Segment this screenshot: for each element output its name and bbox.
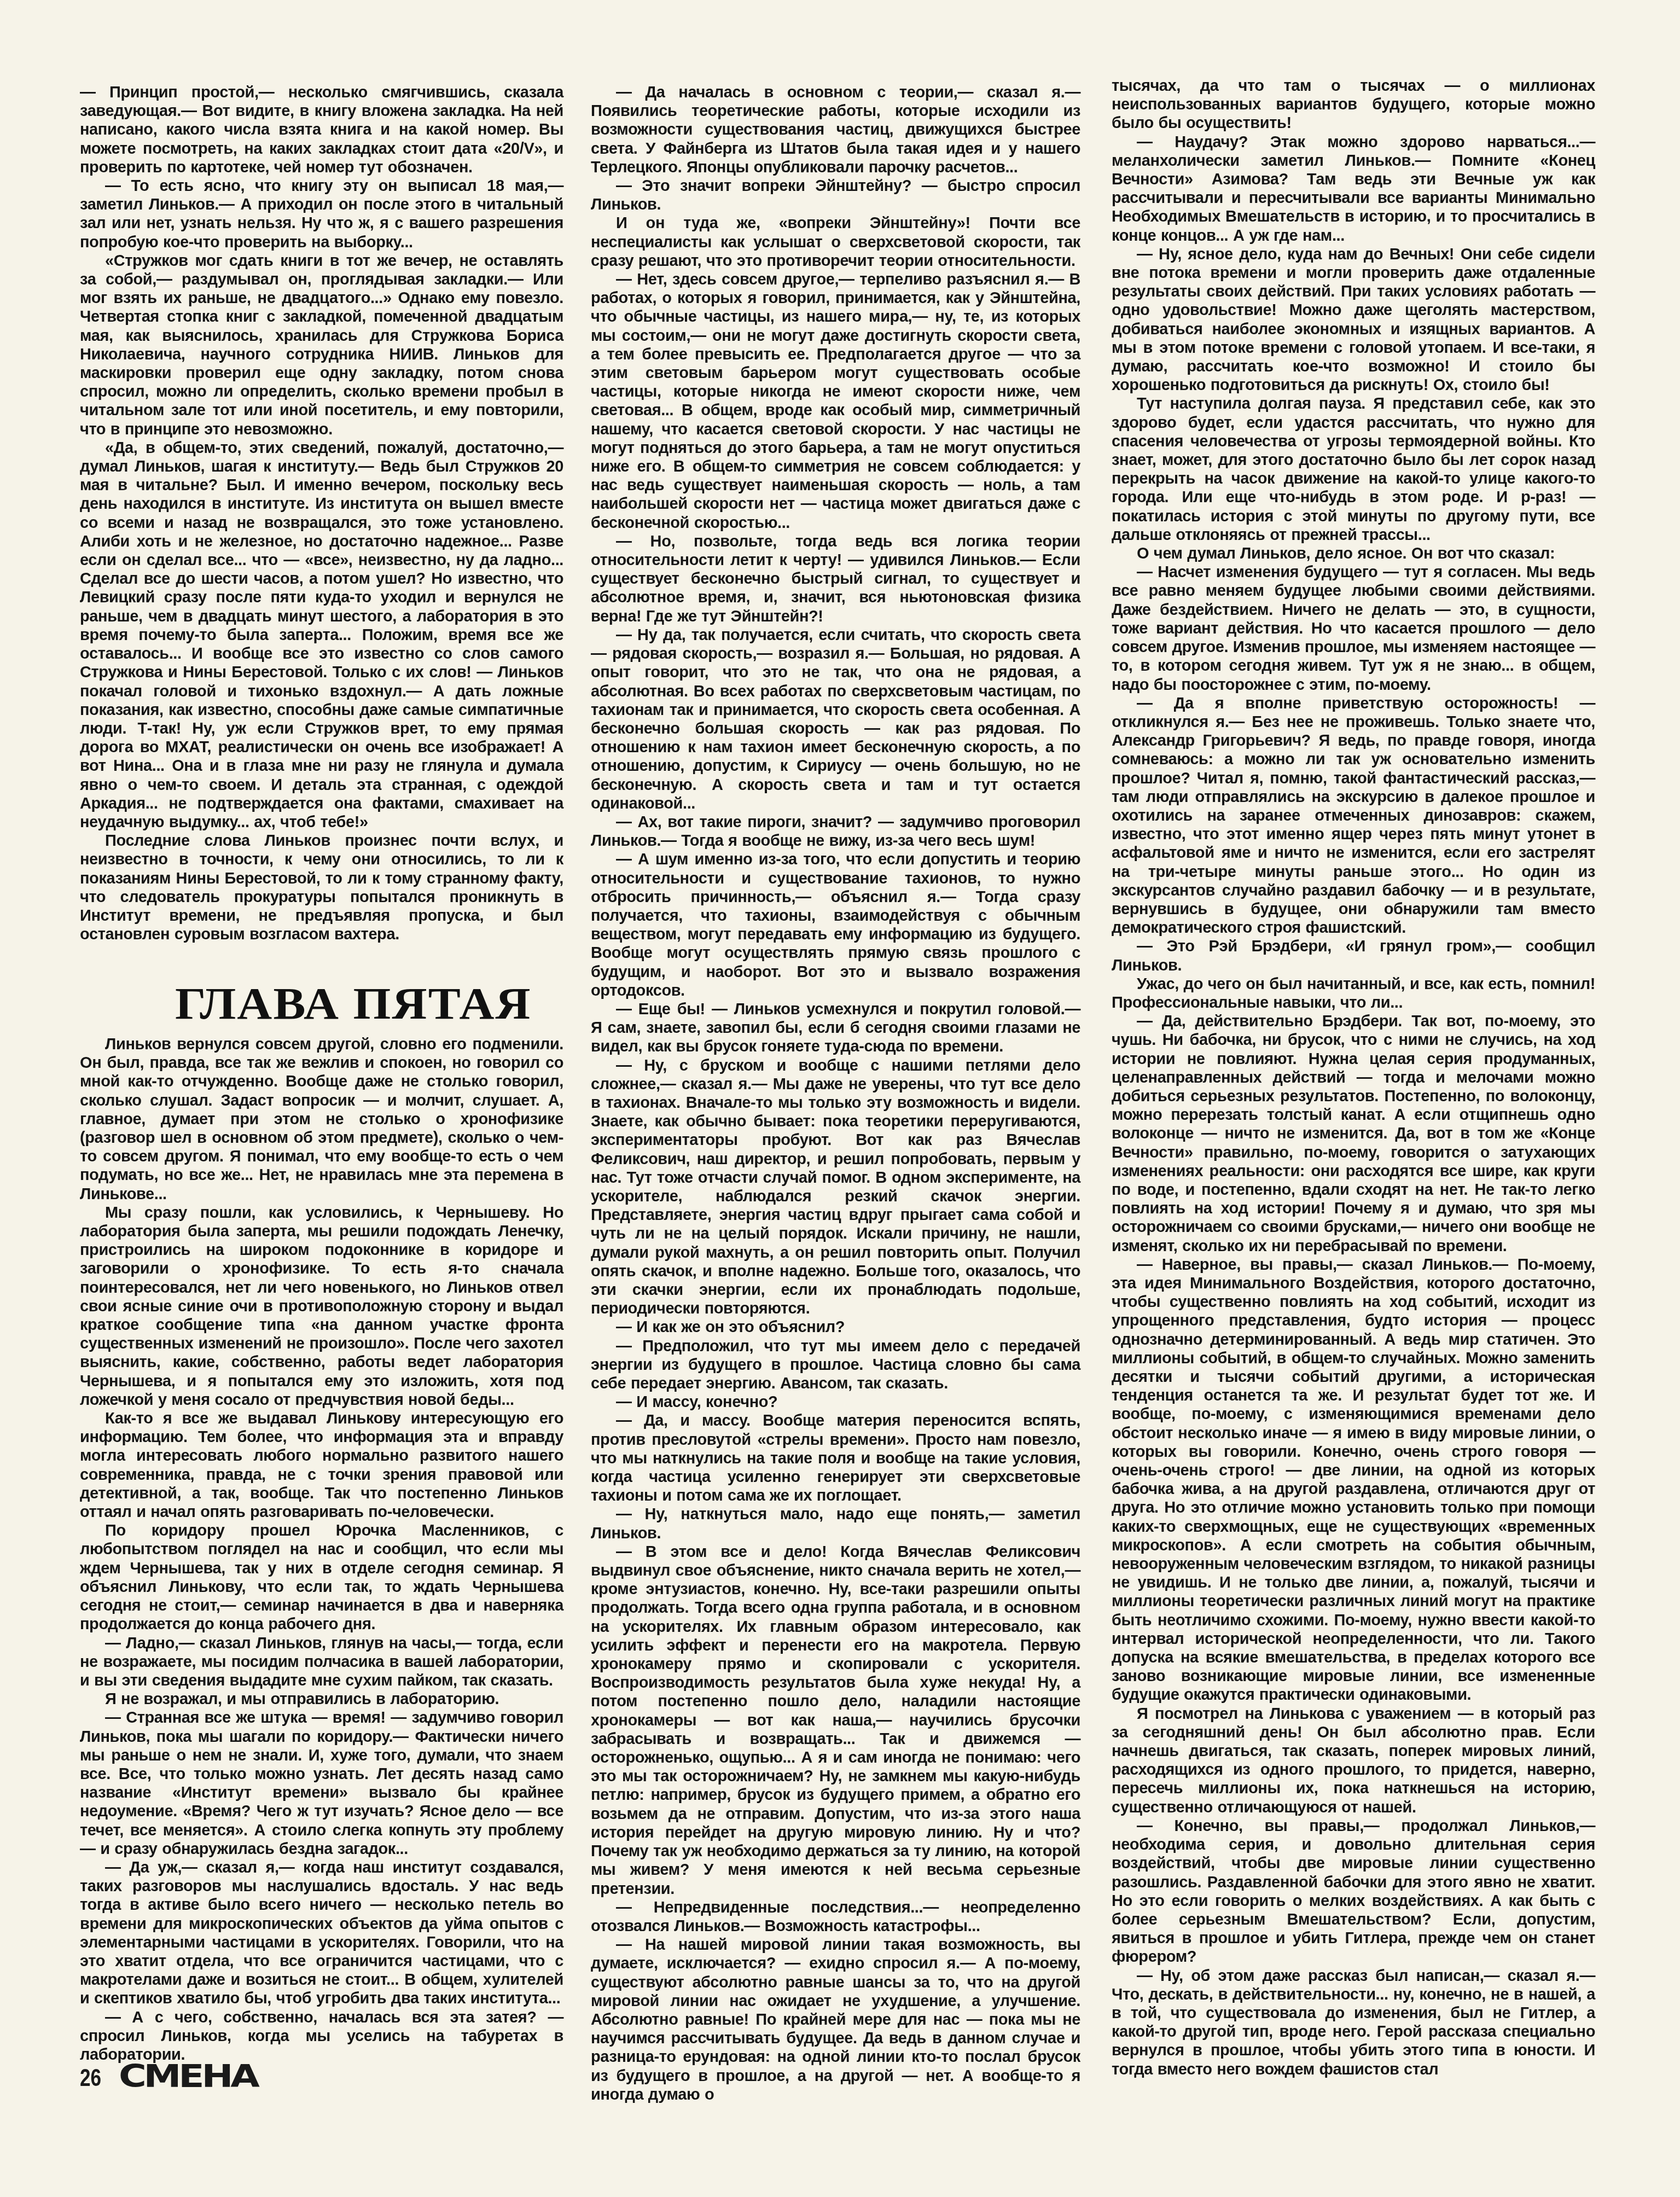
paragraph: — Наверное, вы правы,— сказал Линьков.— …	[1112, 1256, 1595, 1705]
paragraph: — И как же он это объяснил?	[591, 1318, 1080, 1336]
paragraph: — Но, позвольте, тогда ведь вся логика т…	[591, 532, 1080, 626]
paragraph: — Наудачу? Этак можно здорово нарваться.…	[1112, 133, 1595, 245]
paragraph: — Ну да, так получается, если считать, ч…	[591, 626, 1080, 813]
magazine-logo: смена	[119, 2059, 257, 2095]
paragraph: Последние слова Линьков произнес почти в…	[80, 832, 563, 944]
paragraph: — Это Рэй Брэдбери, «И грянул гром»,— со…	[1112, 937, 1595, 974]
column-2: — Да началась в основном с теории,— сказ…	[591, 83, 1080, 2031]
paragraph: — Еще бы! — Линьков усмехнулся и покрути…	[591, 1000, 1080, 1056]
paragraph: — Предположил, что тут мы имеем дело с п…	[591, 1337, 1080, 1393]
paragraph: Тут наступила долгая пауза. Я представил…	[1112, 394, 1595, 544]
paragraph: — Конечно, вы правы,— продолжал Линьков,…	[1112, 1817, 1595, 1967]
paragraph: Ужас, до чего он был начитанный, и все, …	[1112, 975, 1595, 1012]
paragraph: — На нашей мировой линии такая возможнос…	[591, 1936, 1080, 2104]
page-footer: 26 смена	[80, 2053, 250, 2095]
paragraph: «Да, в общем-то, этих сведений, пожалуй,…	[80, 439, 563, 832]
paragraph: О чем думал Линьков, дело ясное. Он вот …	[1112, 544, 1595, 563]
chapter-heading: ГЛАВА ПЯТАЯ	[175, 977, 589, 1031]
paragraph: — То есть ясно, что книгу эту он выписал…	[80, 177, 563, 252]
page-number: 26	[80, 2065, 101, 2092]
paragraph: — Это значит вопреки Эйнштейну? — быстро…	[591, 177, 1080, 214]
paragraph: — Нет, здесь совсем другое,— терпеливо р…	[591, 270, 1080, 532]
paragraph: — Да началась в основном с теории,— сказ…	[591, 83, 1080, 177]
paragraph: — Да уж,— сказал я,— когда наш институт …	[80, 1858, 563, 2008]
paragraph: — А шум именно из-за того, что если допу…	[591, 850, 1080, 1000]
column-1-bottom: Линьков вернулся совсем другой, словно е…	[80, 1035, 563, 2036]
paragraph: — Ну, ясное дело, куда нам до Вечных! Он…	[1112, 245, 1595, 395]
paragraph: — Да я вполне приветствую осторожность! …	[1112, 694, 1595, 938]
paragraph: — Ладно,— сказал Линьков, глянув на часы…	[80, 1634, 563, 1690]
paragraph: — Насчет изменения будущего — тут я согл…	[1112, 563, 1595, 694]
paragraph: — Да, действительно Брэдбери. Так вот, п…	[1112, 1012, 1595, 1256]
paragraph: — Непредвиденные последствия...— неопред…	[591, 1898, 1080, 1936]
paragraph: тысячах, да что там о тысячах — о миллио…	[1112, 77, 1595, 133]
paragraph: — Ах, вот такие пироги, значит? — задумч…	[591, 813, 1080, 850]
paragraph: Мы сразу пошли, как условились, к Черныш…	[80, 1204, 563, 1409]
column-1-top: — Принцип простой,— несколько смягчившис…	[80, 83, 563, 920]
paragraph: Линьков вернулся совсем другой, словно е…	[80, 1035, 563, 1204]
paragraph: — Странная все же штука — время! — задум…	[80, 1708, 563, 1858]
paragraph: — Ну, об этом даже рассказ был написан,—…	[1112, 1967, 1595, 2079]
paragraph: — Ну, с бруском и вообще с нашими петлям…	[591, 1056, 1080, 1318]
paragraph: «Стружков мог сдать книги в тот же вечер…	[80, 252, 563, 439]
paragraph: — И массу, конечно?	[591, 1393, 1080, 1411]
paragraph: — Принцип простой,— несколько смягчившис…	[80, 83, 563, 177]
paragraph: — В этом все и дело! Когда Вячеслав Фели…	[591, 1543, 1080, 1898]
paragraph: — Ну, наткнуться мало, надо еще понять,—…	[591, 1505, 1080, 1542]
paragraph: Как-то я все же выдавал Линькову интерес…	[80, 1409, 563, 1521]
column-3: тысячах, да что там о тысячах — о миллио…	[1112, 77, 1595, 2030]
paragraph: Я посмотрел на Линькова с уважением — в …	[1112, 1705, 1595, 1817]
paragraph: И он туда же, «вопреки Эйнштейну»! Почти…	[591, 214, 1080, 270]
paragraph: — Да, и массу. Вообще материя переноситс…	[591, 1411, 1080, 1505]
paragraph: Я не возражал, и мы отправились в лабора…	[80, 1690, 563, 1708]
paragraph: По коридору прошел Юрочка Масленников, с…	[80, 1521, 563, 1634]
